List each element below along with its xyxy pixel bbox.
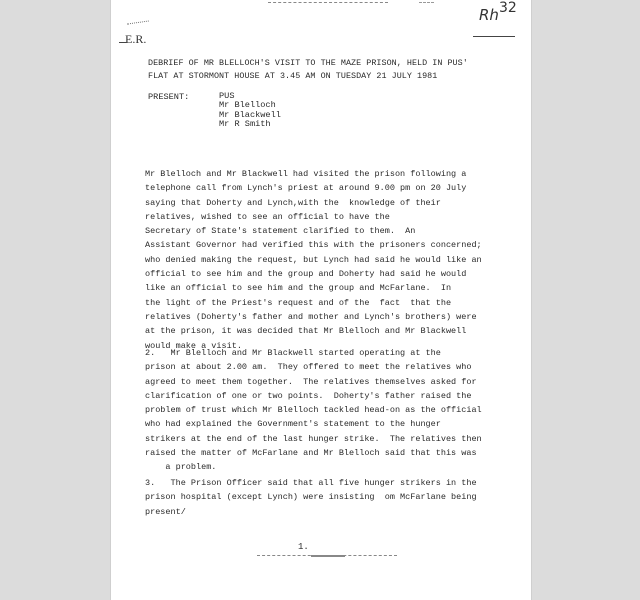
- handwritten-underline: [473, 36, 515, 38]
- text-line: a problem.: [145, 460, 482, 474]
- text-line: clarification of one or two points. Dohe…: [145, 389, 482, 403]
- text-line: official to see him and the group and Do…: [145, 267, 482, 281]
- document-page: E.R. Rh32 DEBRIEF OF MR BLELLOCH'S VISIT…: [110, 0, 532, 600]
- present-label: PRESENT:: [148, 93, 189, 103]
- text-line: Mr Blelloch and Mr Blackwell had visited…: [145, 167, 482, 181]
- title-line: DEBRIEF OF MR BLELLOCH'S VISIT TO THE MA…: [148, 57, 468, 70]
- text-line: present/: [145, 505, 477, 519]
- text-line: the light of the Priest's request and of…: [145, 296, 482, 310]
- attendee: Mr R Smith: [219, 120, 281, 129]
- text-line: relatives (Doherty's father and mother a…: [145, 310, 482, 324]
- header-rule-fragment: [419, 2, 434, 4]
- text-line: who had explained the Government's state…: [145, 417, 482, 431]
- paragraph-3: 3. The Prison Officer said that all five…: [145, 476, 477, 519]
- text-line: problem of trust which Mr Blelloch tackl…: [145, 403, 482, 417]
- text-line: saying that Doherty and Lynch,with the k…: [145, 196, 482, 210]
- text-line: agreed to meet them together. The relati…: [145, 375, 482, 389]
- text-line: relatives, wished to see an official to …: [145, 210, 482, 224]
- text-line: Assistant Governor had verified this wit…: [145, 238, 482, 252]
- text-line: 3. The Prison Officer said that all five…: [145, 476, 477, 490]
- text-line: telephone call from Lynch's priest at ar…: [145, 181, 482, 195]
- text-line: prison at about 2.00 am. They offered to…: [145, 360, 482, 374]
- title-line: FLAT AT STORMONT HOUSE AT 3.45 AM ON TUE…: [148, 70, 468, 83]
- text-line: prison hospital (except Lynch) were insi…: [145, 490, 477, 504]
- paragraph-2: 2. Mr Blelloch and Mr Blackwell started …: [145, 346, 482, 475]
- text-line: like an official to see him and the grou…: [145, 281, 482, 295]
- paragraph-1: Mr Blelloch and Mr Blackwell had visited…: [145, 167, 482, 353]
- text-line: raised the matter of McFarlane and Mr Bl…: [145, 446, 482, 460]
- margin-scribble: [127, 20, 149, 25]
- document-title: DEBRIEF OF MR BLELLOCH'S VISIT TO THE MA…: [148, 57, 468, 83]
- page-number: 1.: [298, 542, 309, 552]
- header-rule: [268, 2, 388, 4]
- handwritten-initials: Rh: [479, 6, 499, 24]
- document-viewer: E.R. Rh32 DEBRIEF OF MR BLELLOCH'S VISIT…: [0, 0, 640, 600]
- text-line: Secretary of State's statement clarified…: [145, 224, 482, 238]
- text-line: at the prison, it was decided that Mr Bl…: [145, 324, 482, 338]
- handwritten-folio-number: 32: [499, 0, 517, 16]
- classification-mark: E.R.: [125, 32, 146, 47]
- text-line: strikers at the end of the last hunger s…: [145, 432, 482, 446]
- text-line: who denied making the request, but Lynch…: [145, 253, 482, 267]
- attendee-list: PUSMr BlellochMr BlackwellMr R Smith: [219, 92, 281, 130]
- text-line: 2. Mr Blelloch and Mr Blackwell started …: [145, 346, 482, 360]
- footer-rule-solid: [311, 555, 345, 558]
- handwritten-reference: Rh32: [479, 6, 517, 24]
